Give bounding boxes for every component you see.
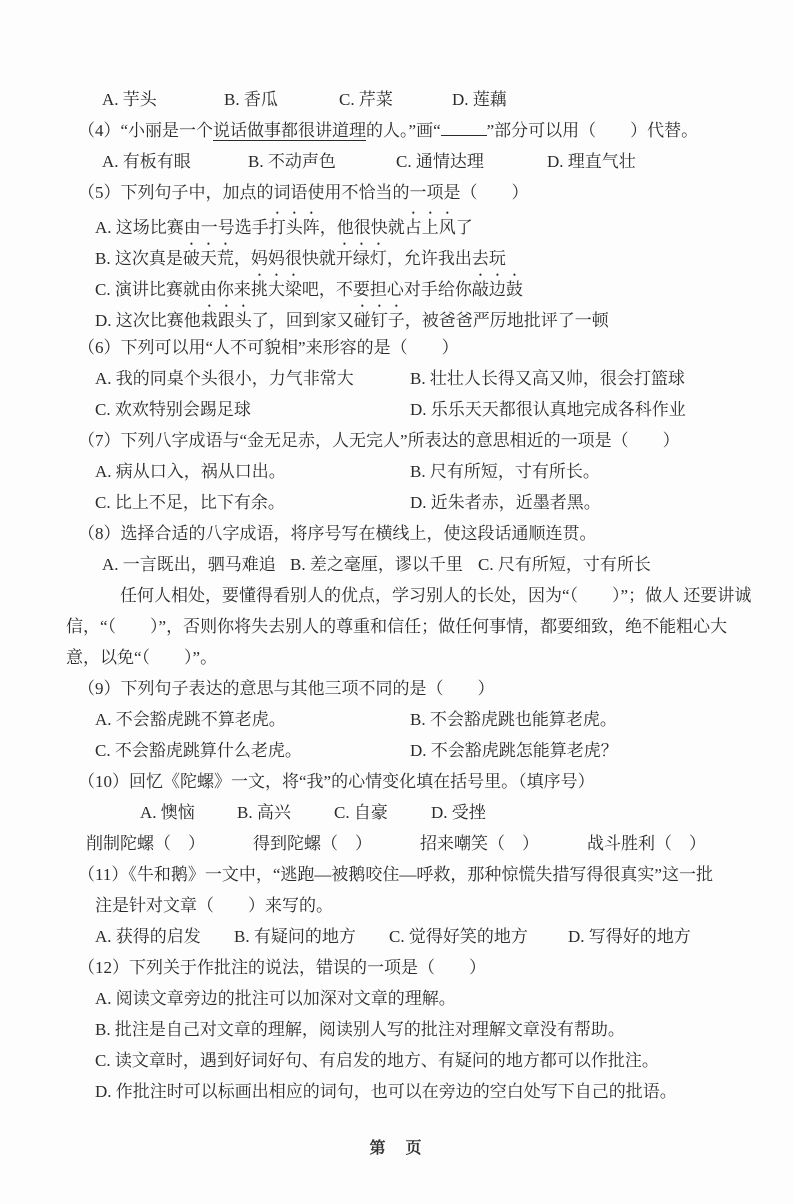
emphasized-word: 破天荒: [183, 249, 234, 268]
option-c: C. 不会豁虎跳算什么老虎。: [95, 735, 410, 766]
option-b: B. 不动声色: [248, 146, 396, 177]
option-c: C. 欢欢特别会踢足球: [95, 394, 410, 425]
question-6-options-row-1: A. 我的同桌个头很小，力气非常大B. 壮壮人长得又高又帅，很会打篮球: [0, 363, 793, 394]
question-10-stem: （10）回忆《陀螺》一文，将“我”的心情变化填在括号里。（填序号）: [0, 766, 793, 797]
fill-item: 得到陀螺（ ）: [253, 828, 372, 859]
question-4-options-row: A. 有板有眼B. 不动声色C. 通情达理D. 理直气壮: [0, 146, 793, 177]
question-8-stem: （8）选择合适的八字成语，将序号写在横线上，使这段话通顺连贯。: [0, 518, 793, 549]
question-8-paragraph-line-3: 意，以免“（ ）”。: [0, 642, 793, 673]
option-d: D. 理直气壮: [547, 146, 636, 177]
stem-text: ”部分可以用（ ）代替。: [487, 121, 699, 140]
emphasized-word: 挑大梁: [251, 280, 302, 299]
question-5-option-d: D. 这次比赛他栽跟头了，回到家又碰钉子，被爸爸严厉地批评了一顿: [0, 301, 793, 332]
stem-text: （4）“小丽是一个: [78, 121, 213, 140]
question-8-paragraph-line-1: 任何人相处，要懂得看别人的优点，学习别人的长处，因为“（ ）”；做人 还要讲诚: [0, 580, 793, 611]
option-d: D. 近朱者赤，近墨者黑。: [410, 487, 601, 518]
option-text: C. 演讲比赛就由你来: [95, 280, 251, 299]
question-11-stem-line-1: （11）《牛和鹅》一文中，“逃跑—被鹅咬住—呼救，那种惊慌失措写得很真实”这一批: [0, 859, 793, 890]
emphasized-word: 敲边鼓: [472, 280, 523, 299]
question-10-options-row: A. 懊恼B. 高兴C. 自豪D. 受挫: [0, 797, 793, 828]
question-7-options-row-2: C. 比上不足，比下有余。D. 近朱者赤，近墨者黑。: [0, 487, 793, 518]
emphasized-word: 栽跟头: [201, 311, 252, 330]
question-10-fill-row: 削制陀螺（ ）得到陀螺（ ）招来嘲笑（ ）战斗胜利（ ）: [0, 828, 793, 859]
option-b: B. 有疑问的地方: [234, 921, 389, 952]
question-12-option-b: B. 批注是自己对文章的理解，阅读别人写的批注对理解文章没有帮助。: [0, 1014, 793, 1045]
option-text: ，被爸爸严厉地批评了一顿: [405, 311, 609, 330]
option-b: B. 尺有所短，寸有所长。: [410, 456, 600, 487]
option-a: A. 获得的启发: [95, 921, 234, 952]
question-9-options-row-2: C. 不会豁虎跳算什么老虎。D. 不会豁虎跳怎能算老虎？: [0, 735, 793, 766]
option-text: B. 这次真是: [95, 249, 183, 268]
option-c: C. 觉得好笑的地方: [389, 921, 568, 952]
option-b: B. 香瓜: [224, 84, 339, 115]
question-12-option-a: A. 阅读文章旁边的批注可以加深对文章的理解。: [0, 983, 793, 1014]
option-a: A. 芋头: [102, 84, 224, 115]
option-text: A. 这场比赛由一号选手: [95, 218, 269, 237]
option-c: C. 芹菜: [339, 84, 452, 115]
option-b: B. 不会豁虎跳也能算老虎。: [410, 704, 617, 735]
question-7-options-row-1: A. 病从口入，祸从口出。B. 尺有所短，寸有所长。: [0, 456, 793, 487]
question-6-stem: （6）下列可以用“人不可貌相”来形容的是（ ）: [0, 332, 793, 363]
option-a: A. 不会豁虎跳不算老虎。: [95, 704, 410, 735]
question-12-stem: （12）下列关于作批注的说法，错误的一项是（ ）: [0, 952, 793, 983]
option-text: ，允许我出去玩: [387, 249, 506, 268]
option-b: B. 差之毫厘，谬以千里: [290, 549, 478, 580]
fill-item: 战斗胜利（ ）: [587, 828, 706, 859]
option-d: D. 乐乐天天都很认真地完成各科作业: [410, 394, 686, 425]
exam-page: A. 芋头B. 香瓜C. 芹菜D. 莲藕 （4）“小丽是一个说话做事都很讲道理的…: [0, 0, 793, 1204]
option-text: D. 这次比赛他: [95, 311, 201, 330]
question-12-option-c: C. 读文章时，遇到好词好句、有启发的地方、有疑问的地方都可以作批注。: [0, 1045, 793, 1076]
fill-item: 招来嘲笑（ ）: [420, 828, 539, 859]
option-d: D. 受挫: [431, 797, 486, 828]
emphasized-word: 开绿灯: [336, 249, 387, 268]
stem-text: 的人。”画“: [366, 121, 441, 140]
question-8-paragraph-line-2: 信，“（ ）”，否则你将失去别人的尊重和信任；做任何事情，都要细致，绝不能粗心大: [0, 611, 793, 642]
emphasized-word: 占上风: [405, 218, 456, 237]
blank-line: [441, 118, 487, 136]
option-c: C. 自豪: [334, 797, 431, 828]
question-12-option-d: D. 作批注时可以标画出相应的词句，也可以在旁边的空白处写下自己的批语。: [0, 1076, 793, 1107]
option-b: B. 高兴: [237, 797, 334, 828]
option-a: A. 病从口入，祸从口出。: [95, 456, 410, 487]
question-8-options-row: A. 一言既出，驷马难追B. 差之毫厘，谬以千里C. 尺有所短，寸有所长: [0, 549, 793, 580]
option-d: D. 不会豁虎跳怎能算老虎？: [410, 735, 618, 766]
option-a: A. 有板有眼: [102, 146, 248, 177]
question-9-stem: （9）下列句子表达的意思与其他三项不同的是（ ）: [0, 673, 793, 704]
option-b: B. 壮壮人长得又高又帅，很会打篮球: [410, 363, 685, 394]
option-text: ，他很快就: [320, 218, 405, 237]
question-4-stem: （4）“小丽是一个说话做事都很讲道理的人。”画“”部分可以用（ ）代替。: [0, 115, 793, 146]
question-11-stem-line-2: 注是针对文章（ ）来写的。: [0, 890, 793, 921]
option-d: D. 写得好的地方: [568, 921, 691, 952]
question-5-option-b: B. 这次真是破天荒，妈妈很快就开绿灯，允许我出去玩: [0, 239, 793, 270]
option-a: A. 懊恼: [140, 797, 237, 828]
question-3-options-row: A. 芋头B. 香瓜C. 芹菜D. 莲藕: [0, 84, 793, 115]
option-text: 了: [456, 218, 473, 237]
question-5-option-a: A. 这场比赛由一号选手打头阵，他很快就占上风了: [0, 208, 793, 239]
option-c: C. 比上不足，比下有余。: [95, 487, 410, 518]
option-a: A. 一言既出，驷马难追: [102, 549, 290, 580]
underlined-phrase: 说话做事都很讲道理: [213, 121, 366, 141]
exam-body: A. 芋头B. 香瓜C. 芹菜D. 莲藕 （4）“小丽是一个说话做事都很讲道理的…: [0, 84, 793, 1107]
option-c: C. 尺有所短，寸有所长: [478, 549, 651, 580]
emphasized-word: 碰钉子: [354, 311, 405, 330]
emphasized-word: 打头阵: [269, 218, 320, 237]
option-text: ，妈妈很快就: [234, 249, 336, 268]
option-c: C. 通情达理: [396, 146, 547, 177]
question-6-options-row-2: C. 欢欢特别会踢足球D. 乐乐天天都很认真地完成各科作业: [0, 394, 793, 425]
option-a: A. 我的同桌个头很小，力气非常大: [95, 363, 410, 394]
option-text: 了，回到家又: [252, 311, 354, 330]
question-5-option-c: C. 演讲比赛就由你来挑大梁吧，不要担心对手给你敲边鼓: [0, 270, 793, 301]
option-text: 吧，不要担心对手给你: [302, 280, 472, 299]
question-7-stem: （7）下列八字成语与“金无足赤，人无完人”所表达的意思相近的一项是（ ）: [0, 425, 793, 456]
question-9-options-row-1: A. 不会豁虎跳不算老虎。B. 不会豁虎跳也能算老虎。: [0, 704, 793, 735]
question-11-options-row: A. 获得的启发B. 有疑问的地方C. 觉得好笑的地方D. 写得好的地方: [0, 921, 793, 952]
fill-item: 削制陀螺（ ）: [86, 828, 205, 859]
page-footer: 第 页: [0, 1133, 793, 1164]
option-d: D. 莲藕: [452, 84, 507, 115]
question-5-stem: （5）下列句子中，加点的词语使用不恰当的一项是（ ）: [0, 177, 793, 208]
